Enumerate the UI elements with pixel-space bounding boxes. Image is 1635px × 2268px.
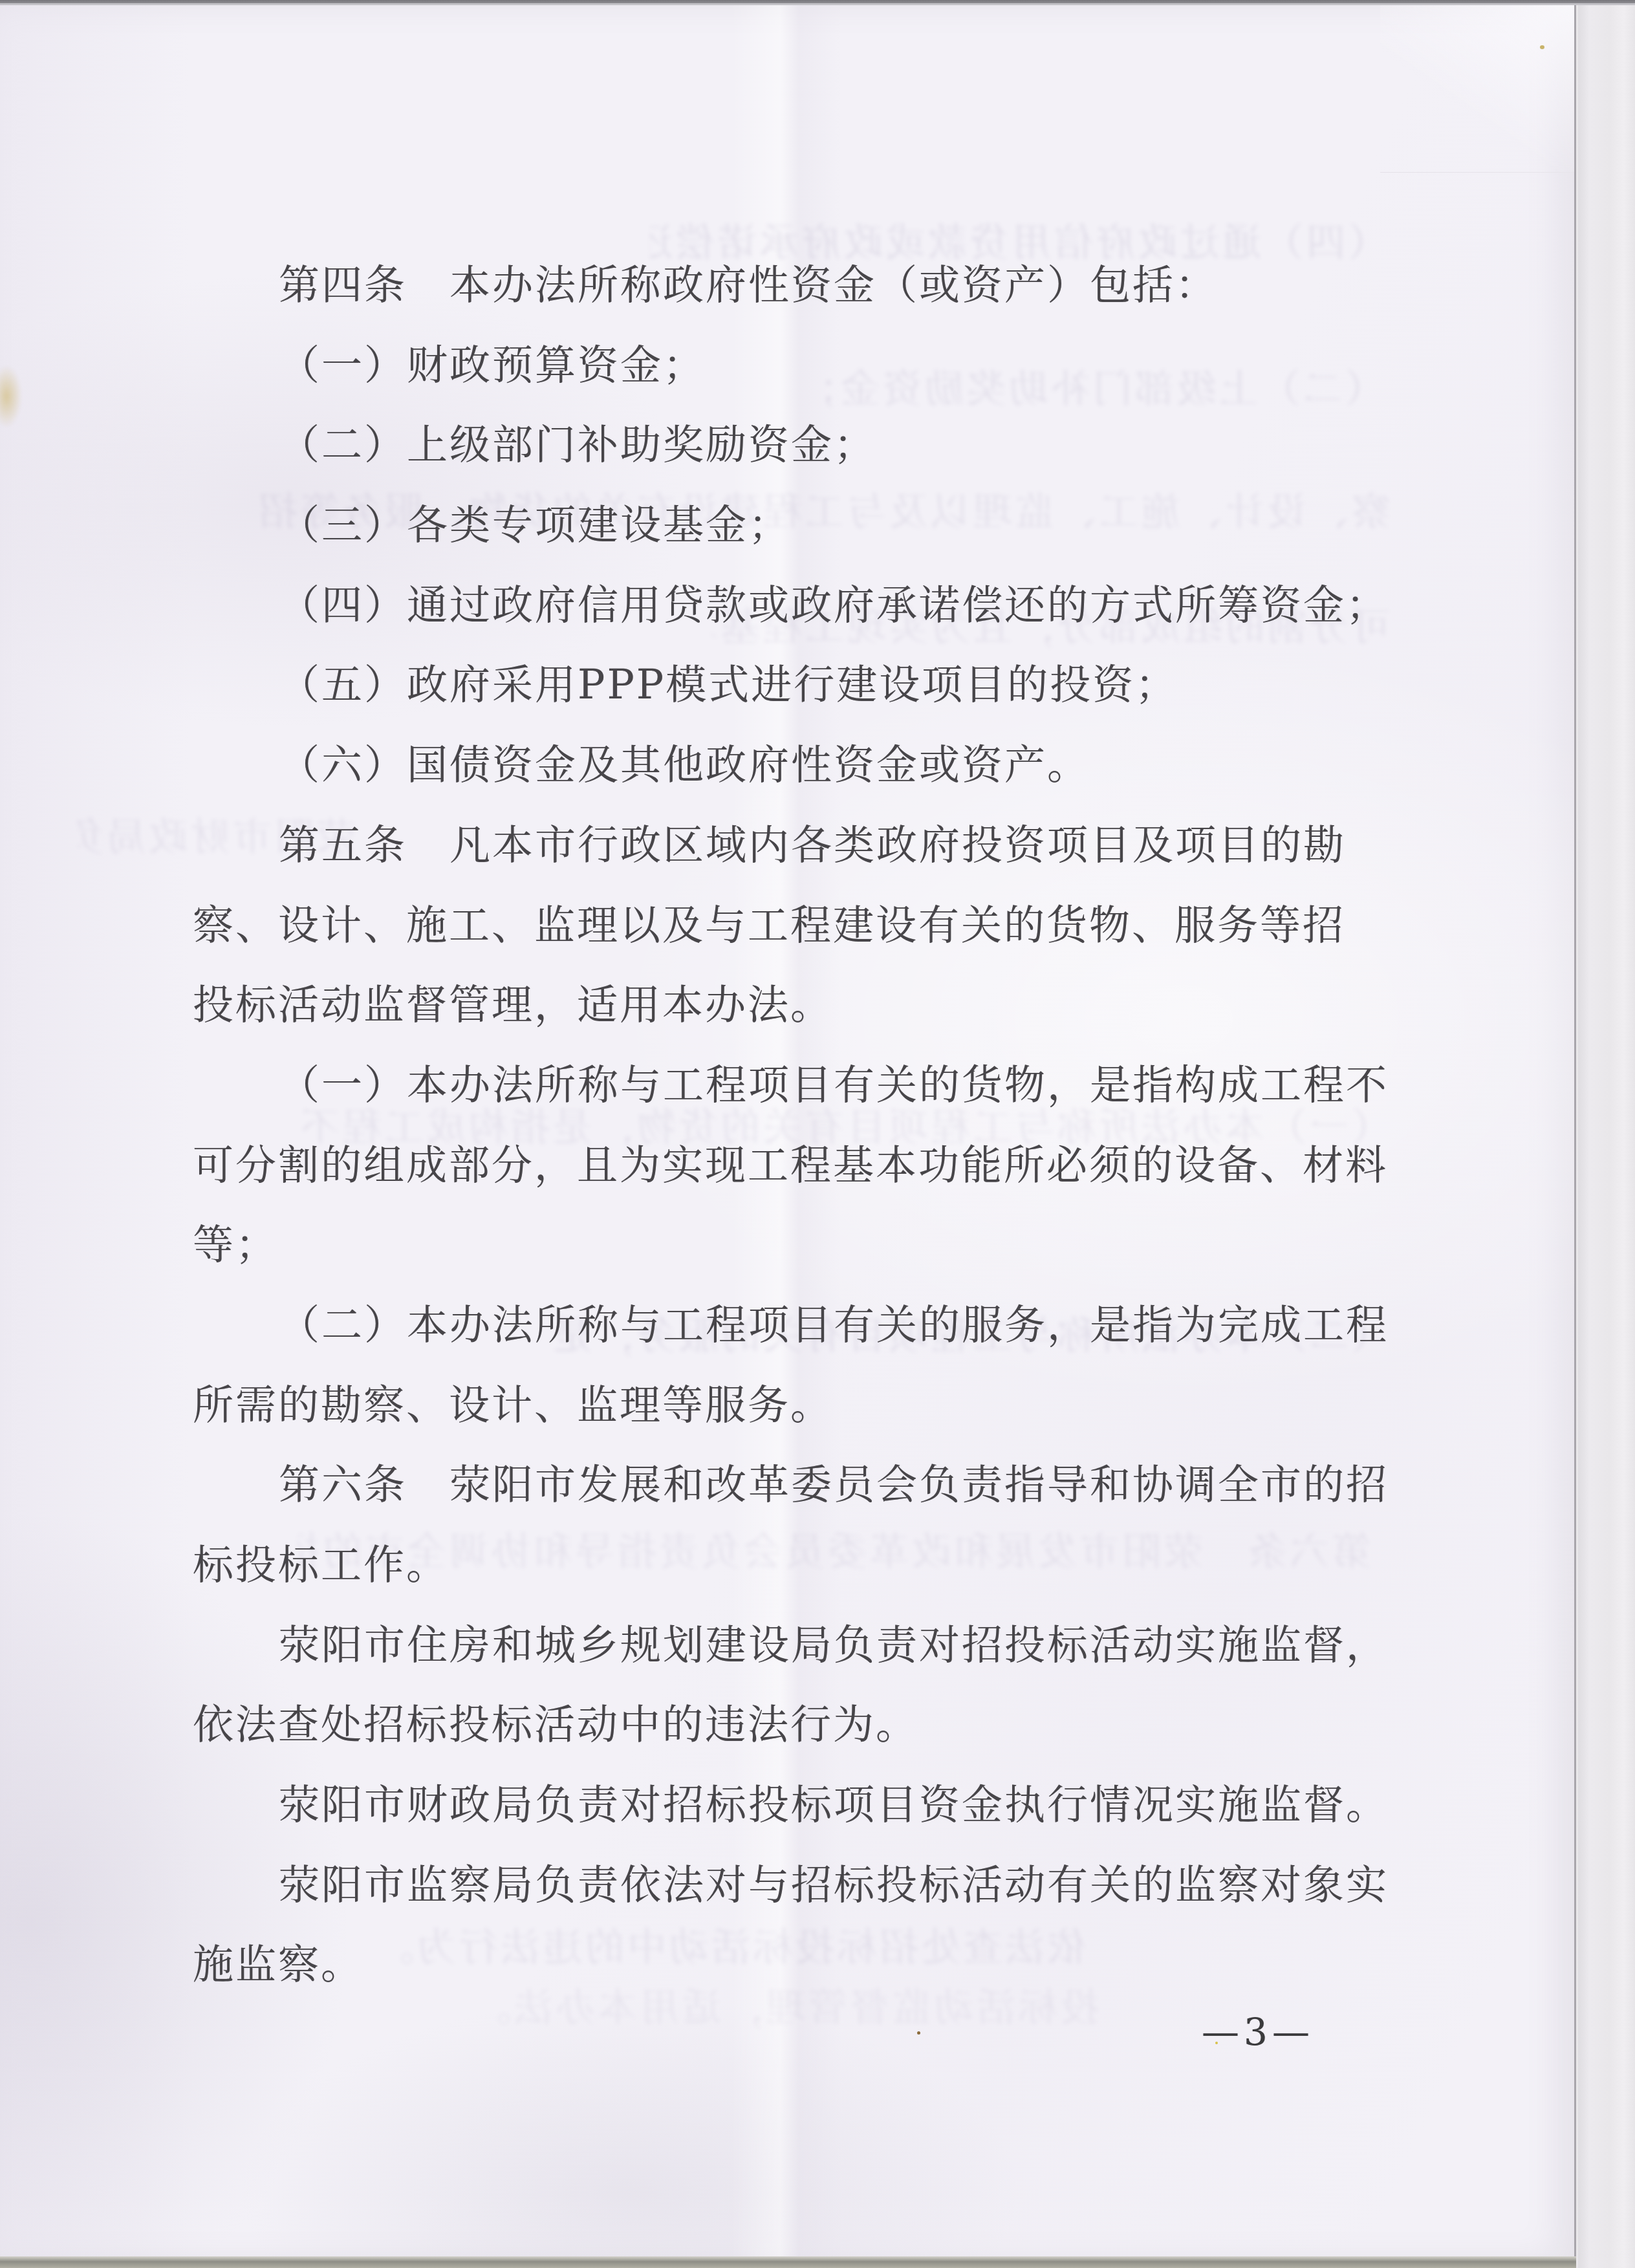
text-line: 等； <box>193 1205 1415 1285</box>
text-line: 第五条 凡本市行政区域内各类政府投资项目及项目的勘 <box>193 805 1415 885</box>
paper-speck <box>917 2031 920 2035</box>
text-line: 施监察。 <box>193 1925 1415 2005</box>
text-line: 第四条 本办法所称政府性资金（或资产）包括： <box>193 245 1415 325</box>
text-line: 荥阳市住房和城乡规划建设局负责对招投标活动实施监督， <box>193 1605 1415 1685</box>
text-line: （一）财政预算资金； <box>193 325 1415 405</box>
page-bottom-edge <box>0 2256 1576 2268</box>
document-body: 第四条 本办法所称政府性资金（或资产）包括：（一）财政预算资金；（二）上级部门补… <box>193 245 1415 2005</box>
text-line: 察、设计、施工、监理以及与工程建设有关的货物、服务等招 <box>193 885 1415 966</box>
paper-speck <box>1215 2042 1218 2044</box>
paper-sheet: （四）通过政府信用贷款或政府承诺偿还的方式所筹资金；（二）上级部门补助奖励资金；… <box>0 5 1576 2260</box>
text-line: （五）政府采用PPP模式进行建设项目的投资； <box>193 645 1415 725</box>
text-line: 可分割的组成部分，且为实现工程基本功能所必须的设备、材料 <box>193 1125 1415 1205</box>
text-line: （二）本办法所称与工程项目有关的服务，是指为完成工程 <box>193 1285 1415 1365</box>
text-line: （四）通过政府信用贷款或政府承诺偿还的方式所筹资金； <box>193 565 1415 645</box>
text-line: 第六条 荥阳市发展和改革委员会负责指导和协调全市的招 <box>193 1445 1415 1525</box>
text-line: 标投标工作。 <box>193 1525 1415 1605</box>
text-line: （六）国债资金及其他政府性资金或资产。 <box>193 725 1415 805</box>
paper-speck <box>1540 45 1544 49</box>
scanner-right-gutter <box>1578 0 1635 2268</box>
page-number: —3— <box>1202 2013 1314 2051</box>
corner-fold-shading <box>1380 5 1574 173</box>
text-line: 投标活动监督管理，适用本办法。 <box>193 965 1415 1045</box>
text-line: （一）本办法所称与工程项目有关的货物，是指构成工程不 <box>193 1045 1415 1125</box>
scanner-top-strip-highlight <box>0 3 1635 5</box>
text-line: （三）各类专项建设基金； <box>193 485 1415 565</box>
text-line: （二）上级部门补助奖励资金； <box>193 405 1415 485</box>
text-line: 荥阳市监察局负责依法对与招标投标活动有关的监察对象实 <box>193 1845 1415 1925</box>
scanned-document-page: （四）通过政府信用贷款或政府承诺偿还的方式所筹资金；（二）上级部门补助奖励资金；… <box>0 0 1635 2268</box>
text-line: 所需的勘察、设计、监理等服务。 <box>193 1365 1415 1445</box>
left-edge-stain <box>0 365 22 427</box>
text-line: 荥阳市财政局负责对招标投标项目资金执行情况实施监督。 <box>193 1765 1415 1845</box>
text-line: 依法查处招标投标活动中的违法行为。 <box>193 1685 1415 1765</box>
